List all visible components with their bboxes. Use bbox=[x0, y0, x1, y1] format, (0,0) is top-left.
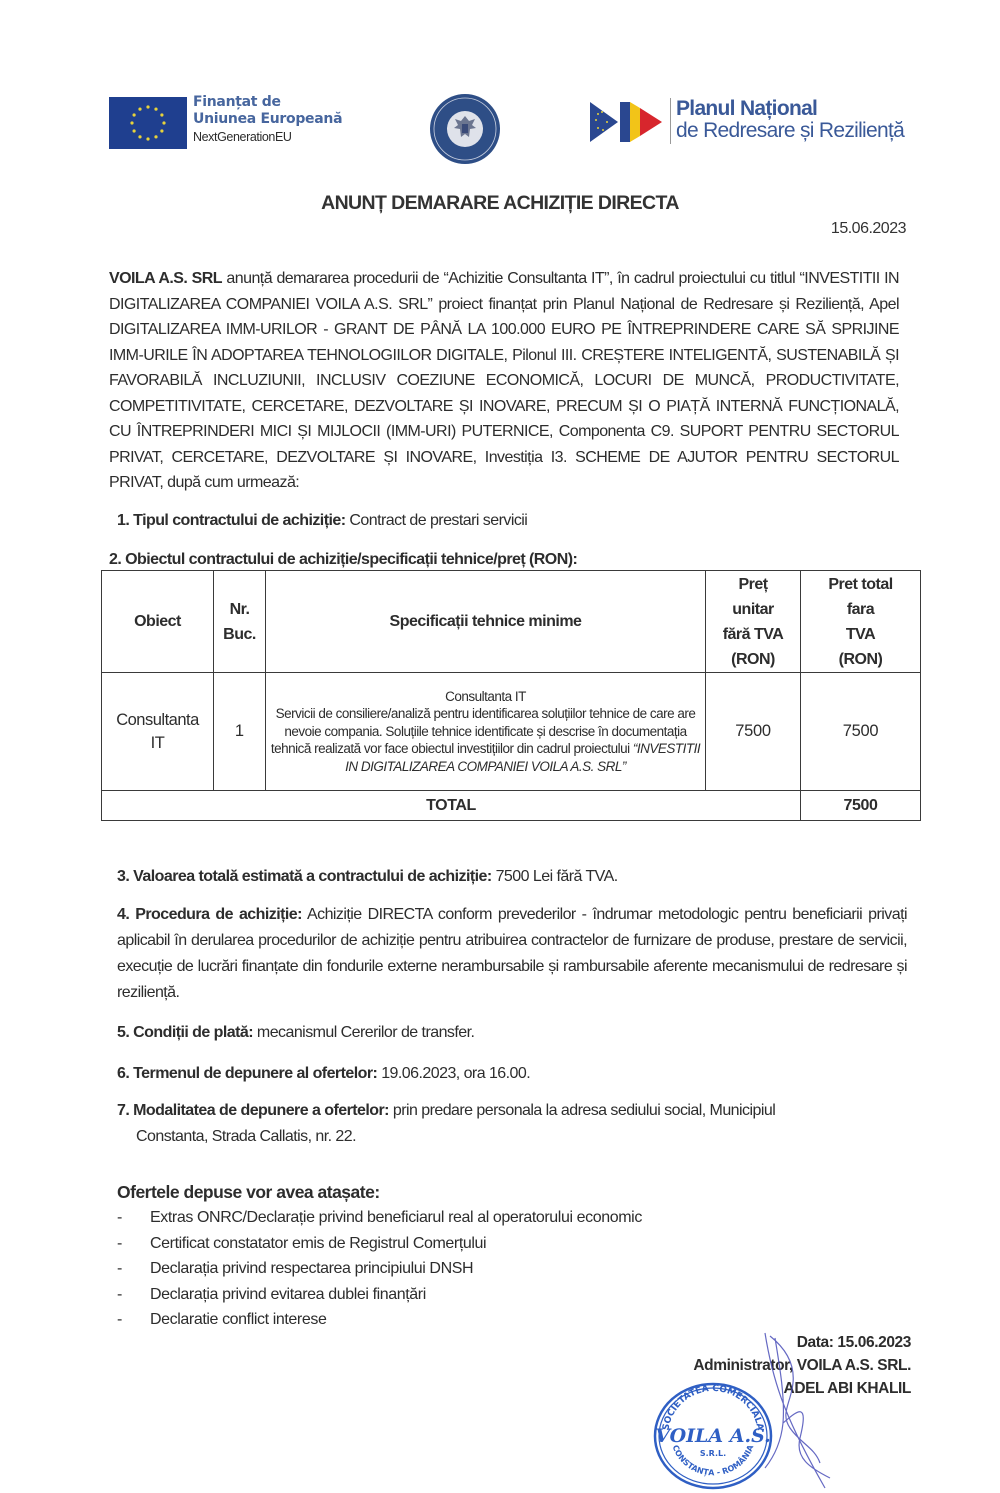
handwritten-signature-icon bbox=[755, 1328, 855, 1493]
attachments-list: -Extras ONRC/Declarație privind benefici… bbox=[117, 1205, 642, 1333]
section-7-value: prin predare personala la adresa sediulu… bbox=[389, 1102, 775, 1119]
eu-line-1: Finanțat de bbox=[193, 94, 342, 111]
list-item: -Declaratie conflict interese bbox=[117, 1307, 642, 1333]
attachments-title: Ofertele depuse vor avea atașate: bbox=[117, 1182, 380, 1203]
cell-obiect: ConsultantaIT bbox=[102, 673, 214, 791]
svg-text:S.R.L.: S.R.L. bbox=[700, 1449, 726, 1458]
section-1-label: 1. Tipul contractului de achiziție: bbox=[117, 512, 346, 529]
list-item: -Certificat constatator emis de Registru… bbox=[117, 1231, 642, 1257]
table-header-row: Obiect Nr.Buc. Specificații tehnice mini… bbox=[102, 571, 921, 673]
section-7-label: 7. Modalitatea de depunere a ofertelor: bbox=[117, 1102, 389, 1119]
section-3-label: 3. Valoarea totală estimată a contractul… bbox=[117, 868, 492, 885]
eu-line-2: Uniunea Europeană bbox=[193, 111, 342, 128]
cell-nr-buc: 1 bbox=[214, 673, 266, 791]
pnrr-line-2: de Redresare și Reziliență bbox=[676, 120, 904, 142]
cell-specificatii: Consultanta ITServicii de consiliere/ana… bbox=[266, 673, 706, 791]
eu-stars-icon bbox=[128, 103, 168, 143]
list-item: -Declarația privind respectarea principi… bbox=[117, 1256, 642, 1282]
pnrr-divider bbox=[670, 98, 671, 144]
list-item: -Extras ONRC/Declarație privind benefici… bbox=[117, 1205, 642, 1231]
section-2-label: 2. Obiectul contractului de achiziție/sp… bbox=[109, 551, 577, 568]
list-item: -Declarația privind evitarea dublei fina… bbox=[117, 1282, 642, 1308]
eu-flag-icon bbox=[109, 97, 187, 149]
intro-text: VOILA A.S. SRL anunță demararea procedur… bbox=[109, 270, 899, 491]
section-procedure: 4. Procedura de achiziție: Achiziție DIR… bbox=[117, 902, 907, 1006]
svg-text:VOILA A.S.: VOILA A.S. bbox=[655, 1425, 771, 1447]
cell-pret-total: 7500 bbox=[801, 673, 921, 791]
section-payment-terms: 5. Condiții de plată: mecanismul Cereril… bbox=[117, 1020, 907, 1046]
document-date: 15.06.2023 bbox=[831, 220, 906, 238]
guvernul-romaniei-seal-icon bbox=[430, 94, 500, 164]
pnrr-line-1: Planul Național bbox=[676, 98, 904, 120]
pnrr-arrows-icon bbox=[588, 100, 668, 144]
section-estimated-value: 3. Valoarea totală estimată a contractul… bbox=[117, 864, 907, 890]
table-row: ConsultantaIT 1 Consultanta ITServicii d… bbox=[102, 673, 921, 791]
table-total-row: TOTAL 7500 bbox=[102, 791, 921, 821]
section-5-label: 5. Condiții de plată: bbox=[117, 1024, 253, 1041]
section-4-label: 4. Procedura de achiziție: bbox=[117, 906, 302, 923]
section-7-address: Constanta, Strada Callatis, nr. 22. bbox=[117, 1124, 907, 1150]
section-5-value: mecanismul Cererilor de transfer. bbox=[253, 1024, 474, 1041]
eu-funding-label: Finanțat de Uniunea Europeană NextGenera… bbox=[193, 94, 342, 146]
header-specificatii: Specificații tehnice minime bbox=[266, 571, 706, 673]
intro-paragraph: VOILA A.S. SRL anunță demararea procedur… bbox=[109, 266, 899, 496]
header-obiect: Obiect bbox=[102, 571, 214, 673]
document-title: ANUNȚ DEMARARE ACHIZIȚIE DIRECTA bbox=[0, 192, 1000, 215]
pnrr-label: Planul Național de Redresare și Rezilien… bbox=[676, 98, 904, 142]
header-pret-total: Pret totalfaraTVA(RON) bbox=[801, 571, 921, 673]
section-submission-method: 7. Modalitatea de depunere a ofertelor: … bbox=[117, 1098, 907, 1150]
section-deadline: 6. Termenul de depunere al ofertelor: 19… bbox=[117, 1061, 907, 1087]
header-pret-unitar: Prețunitarfără TVA(RON) bbox=[706, 571, 801, 673]
section-contract-type: 1. Tipul contractului de achiziție: Cont… bbox=[117, 508, 907, 534]
total-value: 7500 bbox=[801, 791, 921, 821]
section-6-value: 19.06.2023, ora 16.00. bbox=[377, 1065, 530, 1082]
section-1-value: Contract de prestari servicii bbox=[346, 512, 528, 529]
header-nr-buc: Nr.Buc. bbox=[214, 571, 266, 673]
cell-pret-unitar: 7500 bbox=[706, 673, 801, 791]
eu-line-3: NextGenerationEU bbox=[193, 129, 342, 146]
total-label: TOTAL bbox=[102, 791, 801, 821]
section-3-value: 7500 Lei fără TVA. bbox=[492, 868, 618, 885]
section-6-label: 6. Termenul de depunere al ofertelor: bbox=[117, 1065, 377, 1082]
specifications-table: Obiect Nr.Buc. Specificații tehnice mini… bbox=[101, 570, 921, 821]
